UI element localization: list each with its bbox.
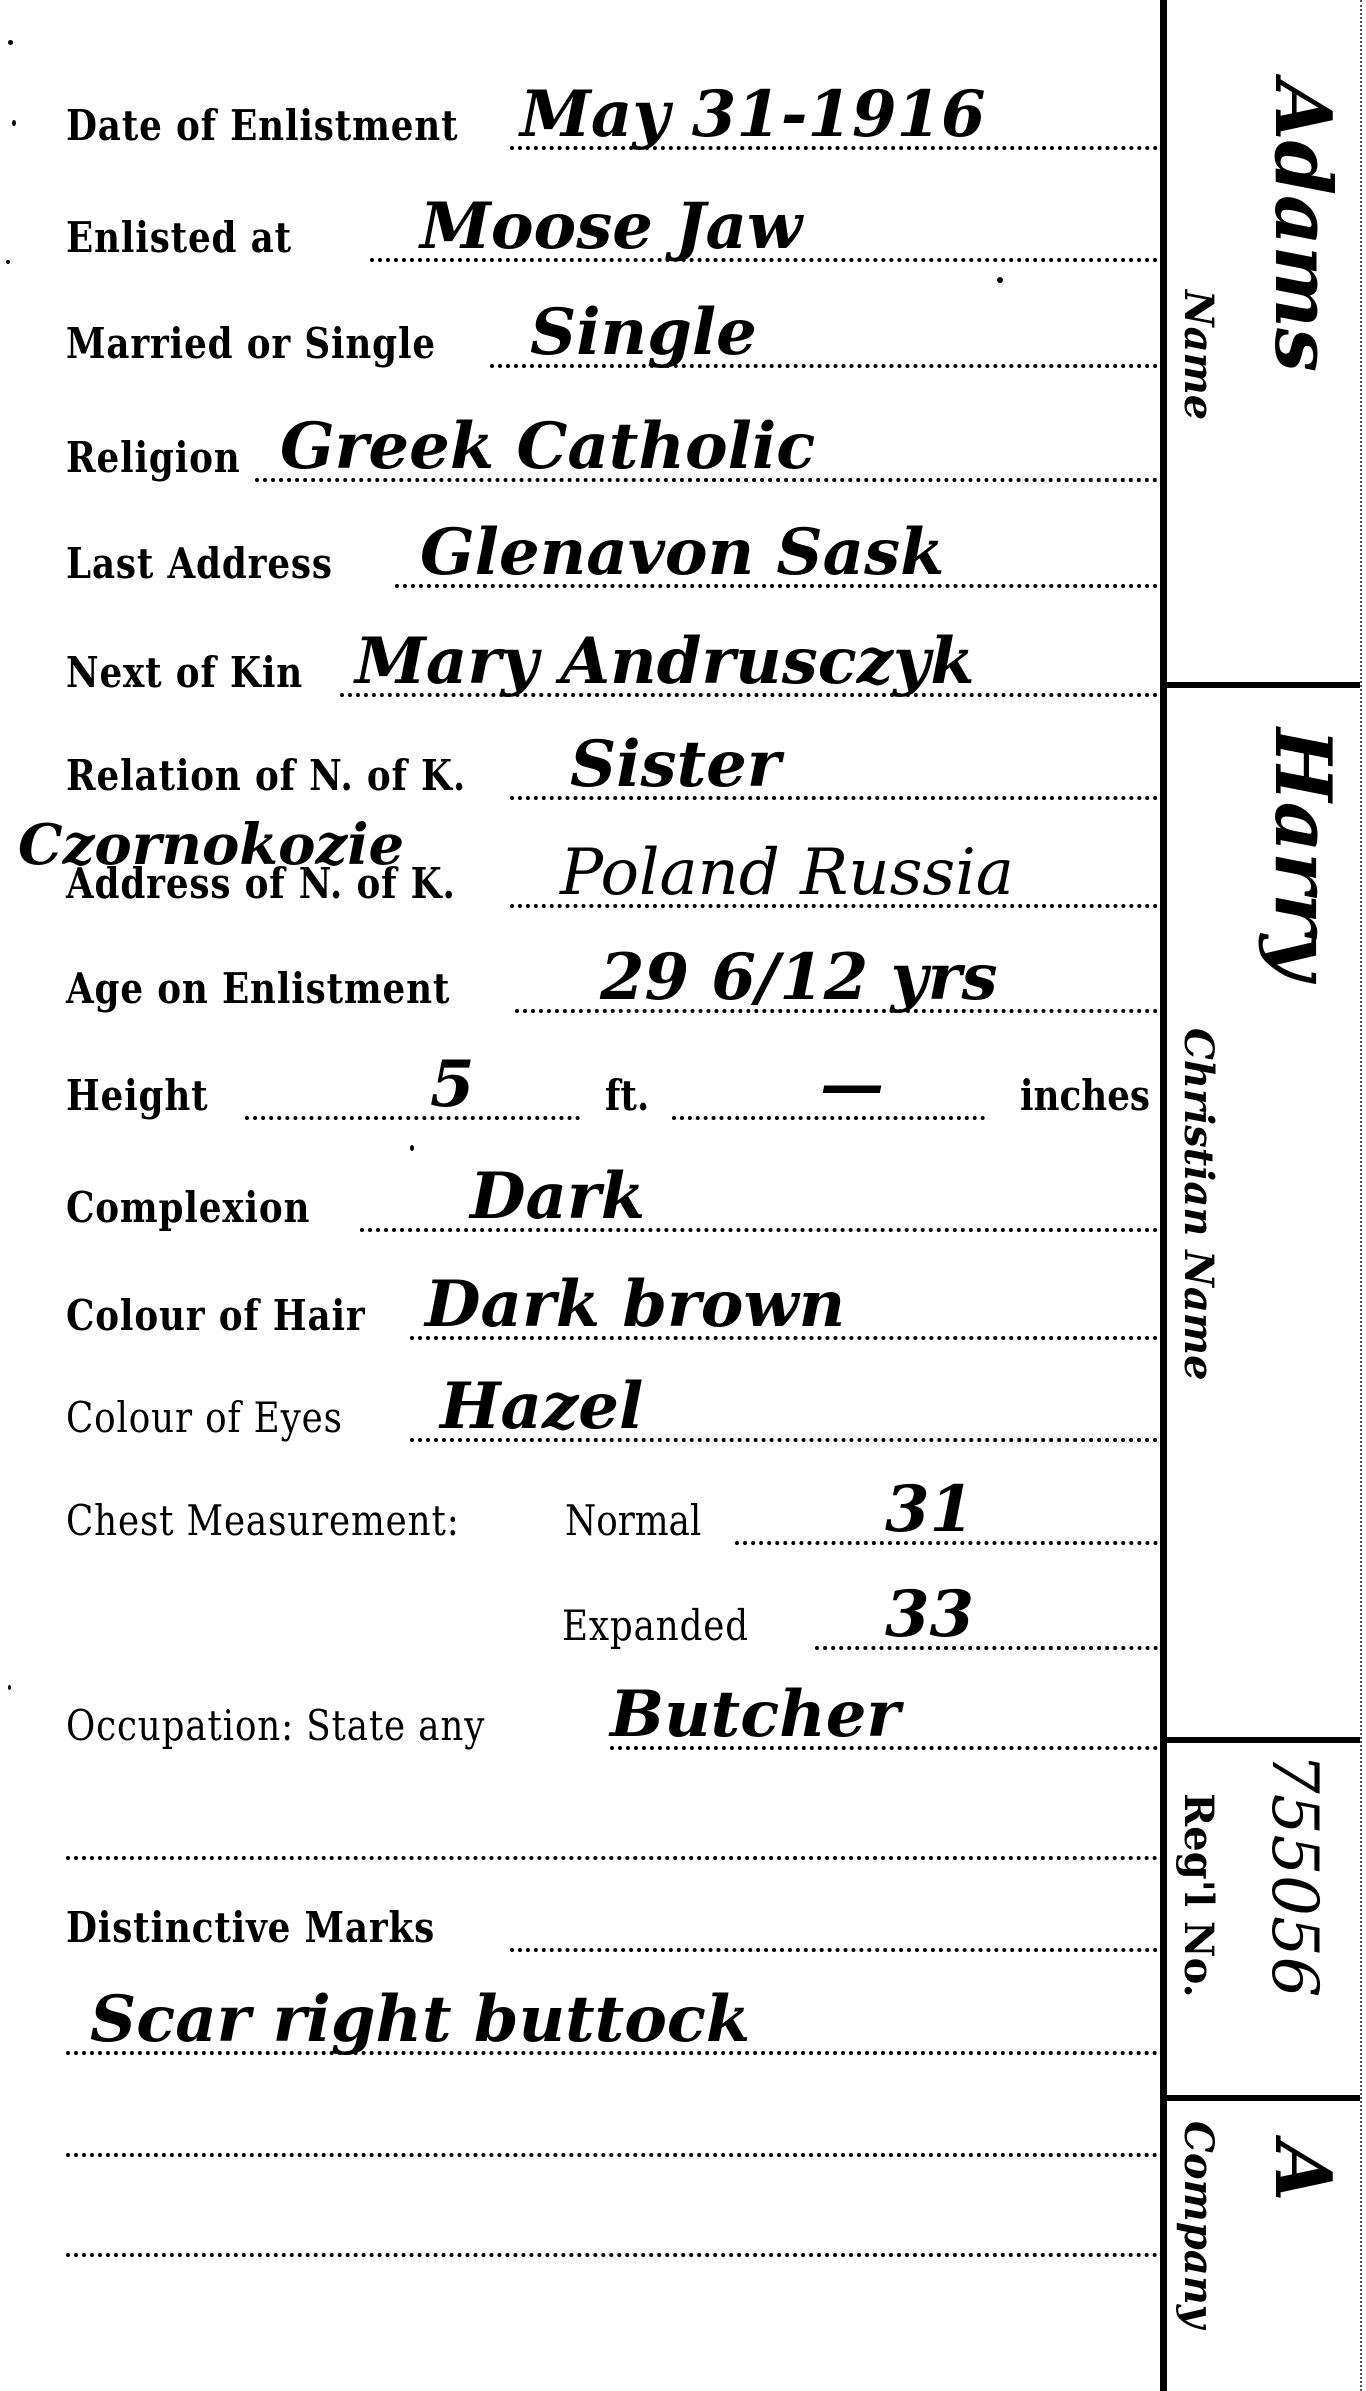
- field-label: Married or Single: [66, 319, 436, 368]
- field-label: Last Address: [66, 539, 333, 588]
- field-value[interactable]: Poland Russia: [560, 836, 1014, 910]
- field-label: Expanded: [562, 1601, 749, 1650]
- field-age-on-enlistment: Age on Enlistment 29 6/12 yrs: [0, 963, 1160, 1023]
- field-address-of-nok: Address of N. of K. Czornokozie Poland R…: [0, 858, 1160, 918]
- field-label: Age on Enlistment: [66, 964, 450, 1013]
- attestation-card: Date of Enlistment May 31-1916 Enlisted …: [0, 0, 1366, 2391]
- company-label: Company: [1175, 2121, 1222, 2328]
- scan-speck: [12, 120, 16, 126]
- scan-speck: [8, 40, 13, 45]
- field-value[interactable]: Hazel: [440, 1369, 643, 1444]
- field-value[interactable]: Moose Jaw: [420, 189, 802, 264]
- field-colour-of-eyes: Colour of Eyes Hazel: [0, 1392, 1160, 1452]
- field-label: Colour of Eyes: [66, 1393, 343, 1442]
- field-chest-expanded: Expanded 33: [0, 1600, 1160, 1660]
- sidebar-name-section: Name Adams: [1167, 0, 1360, 685]
- field-chest-normal: Chest Measurement: Normal 31: [0, 1495, 1160, 1555]
- field-label: Distinctive Marks: [66, 1903, 435, 1952]
- field-occupation-continued: [0, 1810, 1160, 1870]
- field-label: Enlisted at: [66, 213, 292, 262]
- regl-no-label: Reg'l No.: [1175, 1793, 1222, 1998]
- field-married-or-single: Married or Single Single: [0, 318, 1160, 378]
- sidebar-regl-no-section: Reg'l No. 755056: [1167, 1743, 1360, 2095]
- field-value[interactable]: 29 6/12 yrs: [600, 940, 998, 1015]
- name-label: Name: [1175, 290, 1222, 420]
- regl-no-value[interactable]: 755056: [1257, 1753, 1331, 1997]
- field-distinctive-marks-detail: Scar right buttock: [0, 2005, 1160, 2065]
- field-occupation: Occupation: State any Butcher: [0, 1700, 1160, 1760]
- field-last-address: Last Address Glenavon Sask: [0, 538, 1160, 598]
- field-value[interactable]: 31: [885, 1472, 974, 1547]
- feet-unit-label: ft.: [605, 1071, 649, 1120]
- field-label: Chest Measurement:: [66, 1496, 460, 1545]
- inches-unit-label: inches: [1020, 1071, 1150, 1120]
- field-value[interactable]: Butcher: [610, 1677, 900, 1752]
- field-enlisted-at: Enlisted at Moose Jaw: [0, 212, 1160, 272]
- height-feet-value[interactable]: 5: [430, 1047, 475, 1122]
- field-value[interactable]: May 31-1916: [520, 77, 986, 152]
- christian-name-value[interactable]: Harry: [1257, 728, 1348, 980]
- blank-line: [0, 2107, 1160, 2167]
- field-label: Religion: [66, 433, 241, 482]
- field-label: Next of Kin: [66, 648, 303, 697]
- field-sublabel: Normal: [565, 1496, 701, 1545]
- company-value[interactable]: A: [1257, 2141, 1348, 2202]
- field-annotation: Czornokozie: [18, 812, 404, 878]
- field-value[interactable]: Dark: [470, 1159, 645, 1234]
- field-value[interactable]: Dark brown: [425, 1267, 845, 1342]
- sidebar-christian-name-section: Christian Name Harry: [1167, 688, 1360, 1738]
- field-distinctive-marks: Distinctive Marks: [0, 1902, 1160, 1962]
- dotted-line: [815, 1646, 1158, 1650]
- dotted-line: [66, 2253, 1158, 2257]
- dotted-line: [66, 2153, 1158, 2157]
- christian-name-label: Christian Name: [1175, 1028, 1222, 1381]
- blank-line: [0, 2207, 1160, 2267]
- field-value[interactable]: Greek Catholic: [280, 409, 815, 484]
- field-complexion: Complexion Dark: [0, 1182, 1160, 1242]
- name-value[interactable]: Adams: [1257, 80, 1348, 372]
- field-height: Height 5 ft. — inches: [0, 1070, 1160, 1130]
- field-colour-of-hair: Colour of Hair Dark brown: [0, 1290, 1160, 1350]
- vertical-divider: [1160, 0, 1167, 2391]
- field-label: Complexion: [66, 1183, 310, 1232]
- field-label: Date of Enlistment: [66, 101, 458, 150]
- field-label: Relation of N. of K.: [66, 751, 466, 800]
- field-religion: Religion Greek Catholic: [0, 432, 1160, 492]
- right-edge: [1360, 0, 1362, 2391]
- field-value[interactable]: Glenavon Sask: [420, 515, 944, 590]
- field-value[interactable]: Sister: [570, 727, 781, 802]
- dotted-line: [510, 1948, 1158, 1952]
- height-inches-value[interactable]: —: [820, 1047, 884, 1122]
- scan-speck: [6, 260, 10, 264]
- field-value[interactable]: 33: [885, 1577, 974, 1652]
- field-label: Occupation: State any: [66, 1701, 485, 1750]
- sidebar-company-section: Company A: [1167, 2101, 1360, 2391]
- dotted-line-feet: [245, 1116, 580, 1120]
- scan-speck: [997, 277, 1003, 283]
- field-relation-of-nok: Relation of N. of K. Sister: [0, 750, 1160, 810]
- field-label: Colour of Hair: [66, 1291, 366, 1340]
- dotted-line: [66, 1856, 1158, 1860]
- field-next-of-kin: Next of Kin Mary Andrusczyk: [0, 647, 1160, 707]
- field-value[interactable]: Single: [530, 295, 757, 370]
- field-date-of-enlistment: Date of Enlistment May 31-1916: [0, 100, 1160, 160]
- scan-speck: [410, 1145, 414, 1151]
- field-label: Height: [66, 1071, 209, 1120]
- scan-speck: [8, 1685, 11, 1690]
- field-value[interactable]: Scar right buttock: [90, 1982, 750, 2057]
- field-value[interactable]: Mary Andrusczyk: [355, 624, 975, 699]
